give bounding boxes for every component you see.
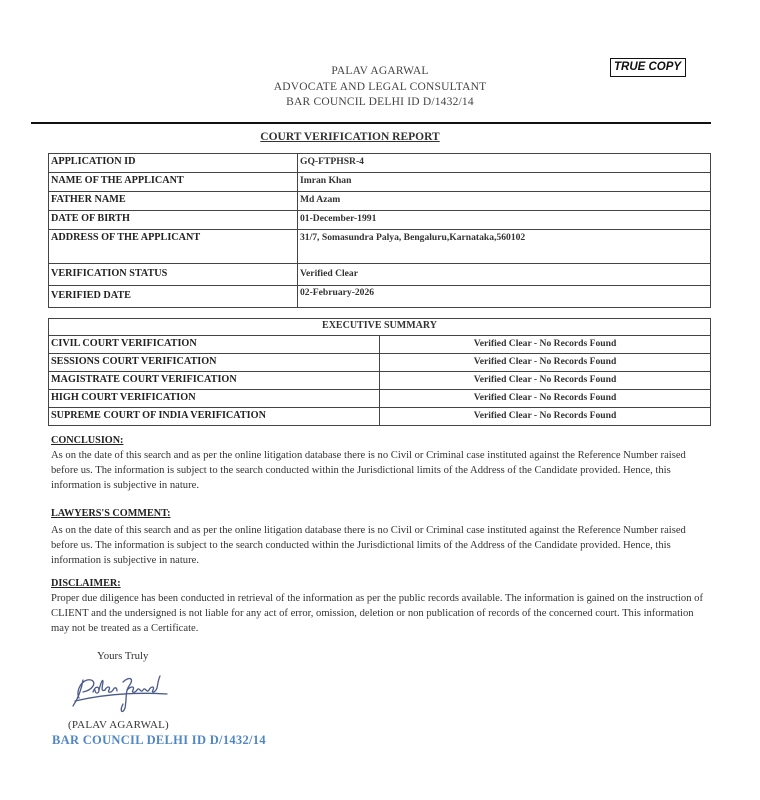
detail-value: Verified Clear [298,264,711,286]
table-row: SESSIONS COURT VERIFICATION Verified Cle… [49,354,711,372]
signer-name: (PALAV AGARWAL) [68,719,169,731]
summary-value: Verified Clear - No Records Found [380,390,711,408]
conclusion-section: CONCLUSION: As on the date of this searc… [51,433,713,493]
detail-value: GQ-FTPHSR-4 [298,154,711,173]
table-row: MAGISTRATE COURT VERIFICATION Verified C… [49,372,711,390]
signer-bar-id: BAR COUNCIL DELHI ID D/1432/14 [52,733,266,748]
detail-value: Md Azam [298,192,711,211]
closing-salutation: Yours Truly [97,650,148,662]
header-divider [31,122,711,124]
summary-label: CIVIL COURT VERIFICATION [49,336,380,354]
table-row: ADDRESS OF THE APPLICANT 31/7, Somasundr… [49,230,711,264]
detail-value: 31/7, Somasundra Palya, Bengaluru,Karnat… [298,230,711,264]
summary-value: Verified Clear - No Records Found [380,372,711,390]
table-row: VERIFIED DATE 02-February-2026 [49,286,711,308]
true-copy-stamp: TRUE COPY [610,58,686,77]
letterhead: PALAV AGARWAL ADVOCATE AND LEGAL CONSULT… [180,64,580,111]
table-row: APPLICATION ID GQ-FTPHSR-4 [49,154,711,173]
table-row: CIVIL COURT VERIFICATION Verified Clear … [49,336,711,354]
table-row: DATE OF BIRTH 01-December-1991 [49,211,711,230]
advocate-bar-id: BAR COUNCIL DELHI ID D/1432/14 [180,95,580,111]
table-row: NAME OF THE APPLICANT Imran Khan [49,173,711,192]
lawyers-comment-heading: LAWYERS'S COMMENT: [51,506,713,521]
lawyers-comment-section: LAWYERS'S COMMENT: As on the date of thi… [51,506,713,568]
summary-value: Verified Clear - No Records Found [380,336,711,354]
detail-label: DATE OF BIRTH [49,211,298,230]
detail-value: 02-February-2026 [298,286,711,308]
summary-label: SUPREME COURT OF INDIA VERIFICATION [49,408,380,426]
executive-summary-heading: EXECUTIVE SUMMARY [49,319,711,336]
detail-value: 01-December-1991 [298,211,711,230]
disclaimer-section: DISCLAIMER: Proper due diligence has bee… [51,576,713,636]
lawyers-comment-text: As on the date of this search and as per… [51,523,713,568]
disclaimer-heading: DISCLAIMER: [51,576,713,591]
summary-label: SESSIONS COURT VERIFICATION [49,354,380,372]
detail-label: NAME OF THE APPLICANT [49,173,298,192]
table-row: FATHER NAME Md Azam [49,192,711,211]
summary-value: Verified Clear - No Records Found [380,354,711,372]
advocate-name: PALAV AGARWAL [180,64,580,80]
detail-label: ADDRESS OF THE APPLICANT [49,230,298,264]
table-header-row: EXECUTIVE SUMMARY [49,319,711,336]
disclaimer-text: Proper due diligence has been conducted … [51,591,713,636]
detail-value: Imran Khan [298,173,711,192]
conclusion-text: As on the date of this search and as per… [51,448,713,493]
summary-value: Verified Clear - No Records Found [380,408,711,426]
signature-image [65,668,175,716]
summary-label: HIGH COURT VERIFICATION [49,390,380,408]
summary-label: MAGISTRATE COURT VERIFICATION [49,372,380,390]
report-title: COURT VERIFICATION REPORT [200,131,500,143]
detail-label: VERIFICATION STATUS [49,264,298,286]
table-row: VERIFICATION STATUS Verified Clear [49,264,711,286]
table-row: HIGH COURT VERIFICATION Verified Clear -… [49,390,711,408]
detail-label: APPLICATION ID [49,154,298,173]
detail-label: VERIFIED DATE [49,286,298,308]
executive-summary-table: EXECUTIVE SUMMARY CIVIL COURT VERIFICATI… [48,318,711,426]
advocate-designation: ADVOCATE AND LEGAL CONSULTANT [180,80,580,96]
table-row: SUPREME COURT OF INDIA VERIFICATION Veri… [49,408,711,426]
applicant-details-table: APPLICATION ID GQ-FTPHSR-4 NAME OF THE A… [48,153,711,308]
detail-label: FATHER NAME [49,192,298,211]
conclusion-heading: CONCLUSION: [51,433,713,448]
